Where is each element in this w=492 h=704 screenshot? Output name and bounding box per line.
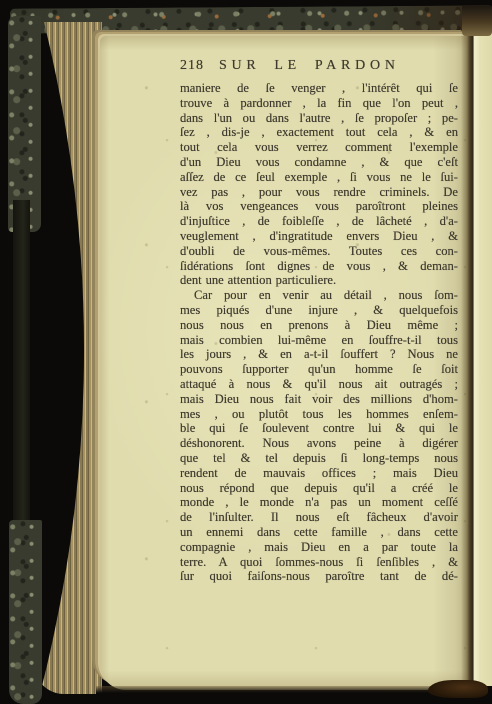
text-line: un ennemi dans cette famille , dans cett… [180, 525, 458, 540]
text-line: attaqué à nous & qu'il nous ait outragés… [180, 377, 458, 392]
facing-page-edge [473, 26, 492, 686]
text-line: nous nous en prenons à Dieu même ; [180, 318, 458, 333]
running-title: SUR LE PARDON [219, 59, 400, 74]
text-line: nous répond que depuis qu'il a créé le [180, 481, 458, 496]
text-line: ſidérations ſont dignes de vous , & dema… [180, 259, 458, 274]
text-line: mais Dieu nous fait voir des millions d'… [180, 392, 458, 407]
marbled-cover-left-edge-bottom [9, 520, 42, 704]
text-line: veuglement , d'ingratitude envers Dieu ,… [180, 229, 458, 244]
text-line: dent une attention particuliere. [180, 273, 458, 288]
text-line: déshonorent. Nous avons peine à digérer [180, 436, 458, 451]
text-line: ſez , dis-je , exactement tout cela , & … [180, 125, 458, 140]
text-line: d'injuſtice , de foibleſſe , de lâcheté … [180, 214, 458, 229]
spine-top-corner [462, 6, 492, 36]
text-line: d'oubli de vous-mêmes. Toutes ces con- [180, 244, 458, 259]
text-line: d'un Dieu vous condamne , & que c'eſt [180, 155, 458, 170]
text-line: ble qui ſe ſoulevent contre lui & qui le [180, 421, 458, 436]
page-number: 218 [180, 59, 204, 74]
body-text: maniere de ſe venger , l'intérêt qui ſet… [180, 81, 458, 584]
text-line: dans l'un ou dans l'autre , ſe propoſer … [180, 111, 458, 126]
book-photograph: 218 SUR LE PARDON maniere de ſe venger ,… [0, 0, 492, 704]
text-line: trouve à pardonner , la fin que l'on peu… [180, 96, 458, 111]
text-line: mes piqués d'une injure , & quelquefois [180, 303, 458, 318]
text-line: que tel & tel depuis ſi long-temps nous [180, 451, 458, 466]
page-bottom-shadow [96, 686, 472, 696]
text-line: maniere de ſe venger , l'intérêt qui ſe [180, 81, 458, 96]
text-line: ſur quoi faiſons-nous paroître tant de d… [180, 569, 458, 584]
text-line: monde , le monde n'a pas un moment ceſſé [180, 495, 458, 510]
text-line: Car pour en venir au détail , nous ſom- [180, 288, 458, 303]
text-line: aſſez de ce ſeul exemple , ſi vous ne le… [180, 170, 458, 185]
text-line: compagnie , mais Dieu en a par toute la [180, 540, 458, 555]
text-line: mais combien lui-même en ſouffre-t-il to… [180, 333, 458, 348]
text-line: rendent de mauvais offices ; mais Dieu [180, 466, 458, 481]
gutter-crease-shadow [461, 26, 473, 688]
text-line: terre. A quoi ſommes-nous ſi ſenſibles ,… [180, 555, 458, 570]
page-text: 218 SUR LE PARDON maniere de ſe venger ,… [180, 59, 458, 584]
text-line: pouvons ſupporter qu'un homme ſe ſoit [180, 362, 458, 377]
text-line: mes , ou plutôt tous les hommes enſem- [180, 407, 458, 422]
fore-edge-page-stack [34, 22, 102, 694]
marbled-cover-left-edge-middle [13, 200, 30, 560]
running-header: 218 SUR LE PARDON [180, 59, 458, 79]
binding-bottom-corner [428, 680, 488, 698]
text-line: les jours , & en a-t-il ſouffert ? Nous … [180, 347, 458, 362]
text-line: là vos vengeances vous paroîtront pleine… [180, 199, 458, 214]
text-line: vez pas , pour vous rendre criminels. De [180, 185, 458, 200]
text-line: de l'inſulter. Il nous eſt fâcheux d'avo… [180, 510, 458, 525]
text-line: tout cela vous verrez comment l'exemple [180, 140, 458, 155]
